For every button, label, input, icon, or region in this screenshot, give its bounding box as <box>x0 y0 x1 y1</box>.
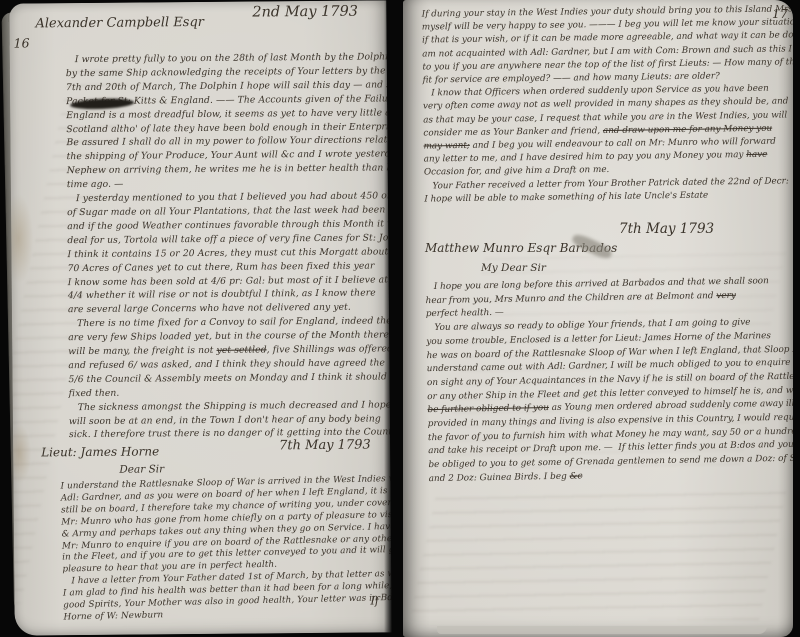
struck-text: yet settled <box>216 344 266 355</box>
munro-letter-body: I hope you are long before this arrived … <box>425 275 789 487</box>
line-text: as Young men ordered abroad suddenly com… <box>549 399 793 413</box>
letter1-addressee: Alexander Campbell Esqr <box>35 15 204 31</box>
line-text: any letter to me, and I have desired him… <box>424 150 747 165</box>
letter2-body: I understand the Rattlesnake Sloop of Wa… <box>60 474 391 624</box>
munro-letter-date: 7th May 1793 <box>619 221 714 237</box>
page-number-left: 16 <box>14 35 30 50</box>
bottom-page-edge <box>437 626 767 634</box>
show-through-right <box>409 490 787 620</box>
struck-text: have <box>746 150 767 160</box>
line-text: , five Shillings was offered <box>267 343 392 355</box>
letter2-addressee: Lieut: James Horne <box>41 444 159 459</box>
right-page: 17 If during your stay in the West Indie… <box>403 0 793 637</box>
letter1-body: I wrote pretty fully to you on the 28th … <box>66 50 389 442</box>
struck-text: very <box>716 290 736 300</box>
line-text: consider me as Your Banker and friend, <box>423 126 603 139</box>
line-text: will be many, the freight is not <box>68 345 216 357</box>
letter1-continuation: If during your stay in the West Indies y… <box>422 3 789 206</box>
letter2-salutation: Dear Sir <box>119 463 164 475</box>
catchword: If <box>370 594 379 607</box>
left-page: 16 Alexander Campbell Esqr 2nd May 1793 … <box>9 0 392 635</box>
struck-text: and draw upon me for any Money you <box>603 123 772 135</box>
struck-text: be further obliged to if you <box>427 403 549 415</box>
manuscript-spread: { "colors": { "background": "#070707", "… <box>0 0 800 637</box>
munro-letter-salutation: My Dear Sir <box>481 262 546 274</box>
fox-spot <box>9 423 31 483</box>
fox-spot <box>9 193 33 283</box>
letter2-date: 7th May 1793 <box>279 438 371 454</box>
struck-text: may want; <box>423 141 469 152</box>
line-text: and 2 Doz: Guinea Birds. I beg <box>429 472 570 484</box>
letter1-date: 2nd May 1793 <box>252 4 358 21</box>
manuscript-line: 5/6 the Council & Assembly meets on Mond… <box>68 370 388 387</box>
struck-text: &c <box>569 471 582 481</box>
